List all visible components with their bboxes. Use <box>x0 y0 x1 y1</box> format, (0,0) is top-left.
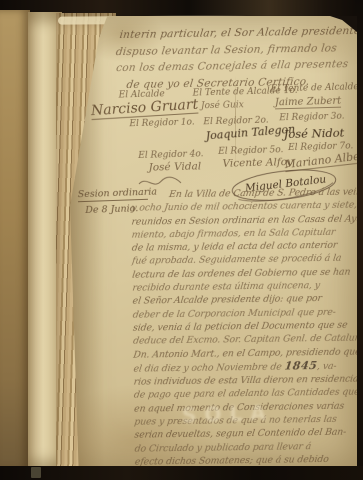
signer-title-regidor-5: El Regidor 5o. <box>218 145 283 157</box>
manuscript-page: interin particular, el Sor Alcalde presi… <box>70 16 357 468</box>
signature-jose-vidal: José Vidal <box>148 160 201 173</box>
year-line-pre: el dia diez y ocho Noviembre de <box>133 361 285 374</box>
signer-title-regidor-4: El Regidor 4o. <box>138 149 203 161</box>
bottom-edge-mark <box>31 467 41 478</box>
background-bottom-band <box>0 466 363 480</box>
act-body: En la Villa de Camp de S. Pedro á las ve… <box>131 185 363 468</box>
signer-title-regidor-3: El Regidor 3o. <box>279 112 344 124</box>
year-line-post: , va- <box>316 361 337 372</box>
signature-jose-guix: José Guix <box>201 100 244 111</box>
signer-title-regidor-1: El Regidor 1o. <box>129 117 194 129</box>
book-cover-edge <box>0 10 30 470</box>
signature-narciso-gruart: Narciso Gruart <box>91 97 199 121</box>
manuscript-photo: interin particular, el Sor Alcalde presi… <box>0 0 363 480</box>
signature-jaime-zubert: Jaime Zubert <box>275 96 342 110</box>
signature-jose-nidot: José Nidot <box>284 126 345 142</box>
paper-watermark: SOLA <box>182 400 274 427</box>
year-1845: 1845 <box>284 359 318 372</box>
signer-title-teniente-2: El Tente de Alcalde 2o. <box>270 82 363 95</box>
